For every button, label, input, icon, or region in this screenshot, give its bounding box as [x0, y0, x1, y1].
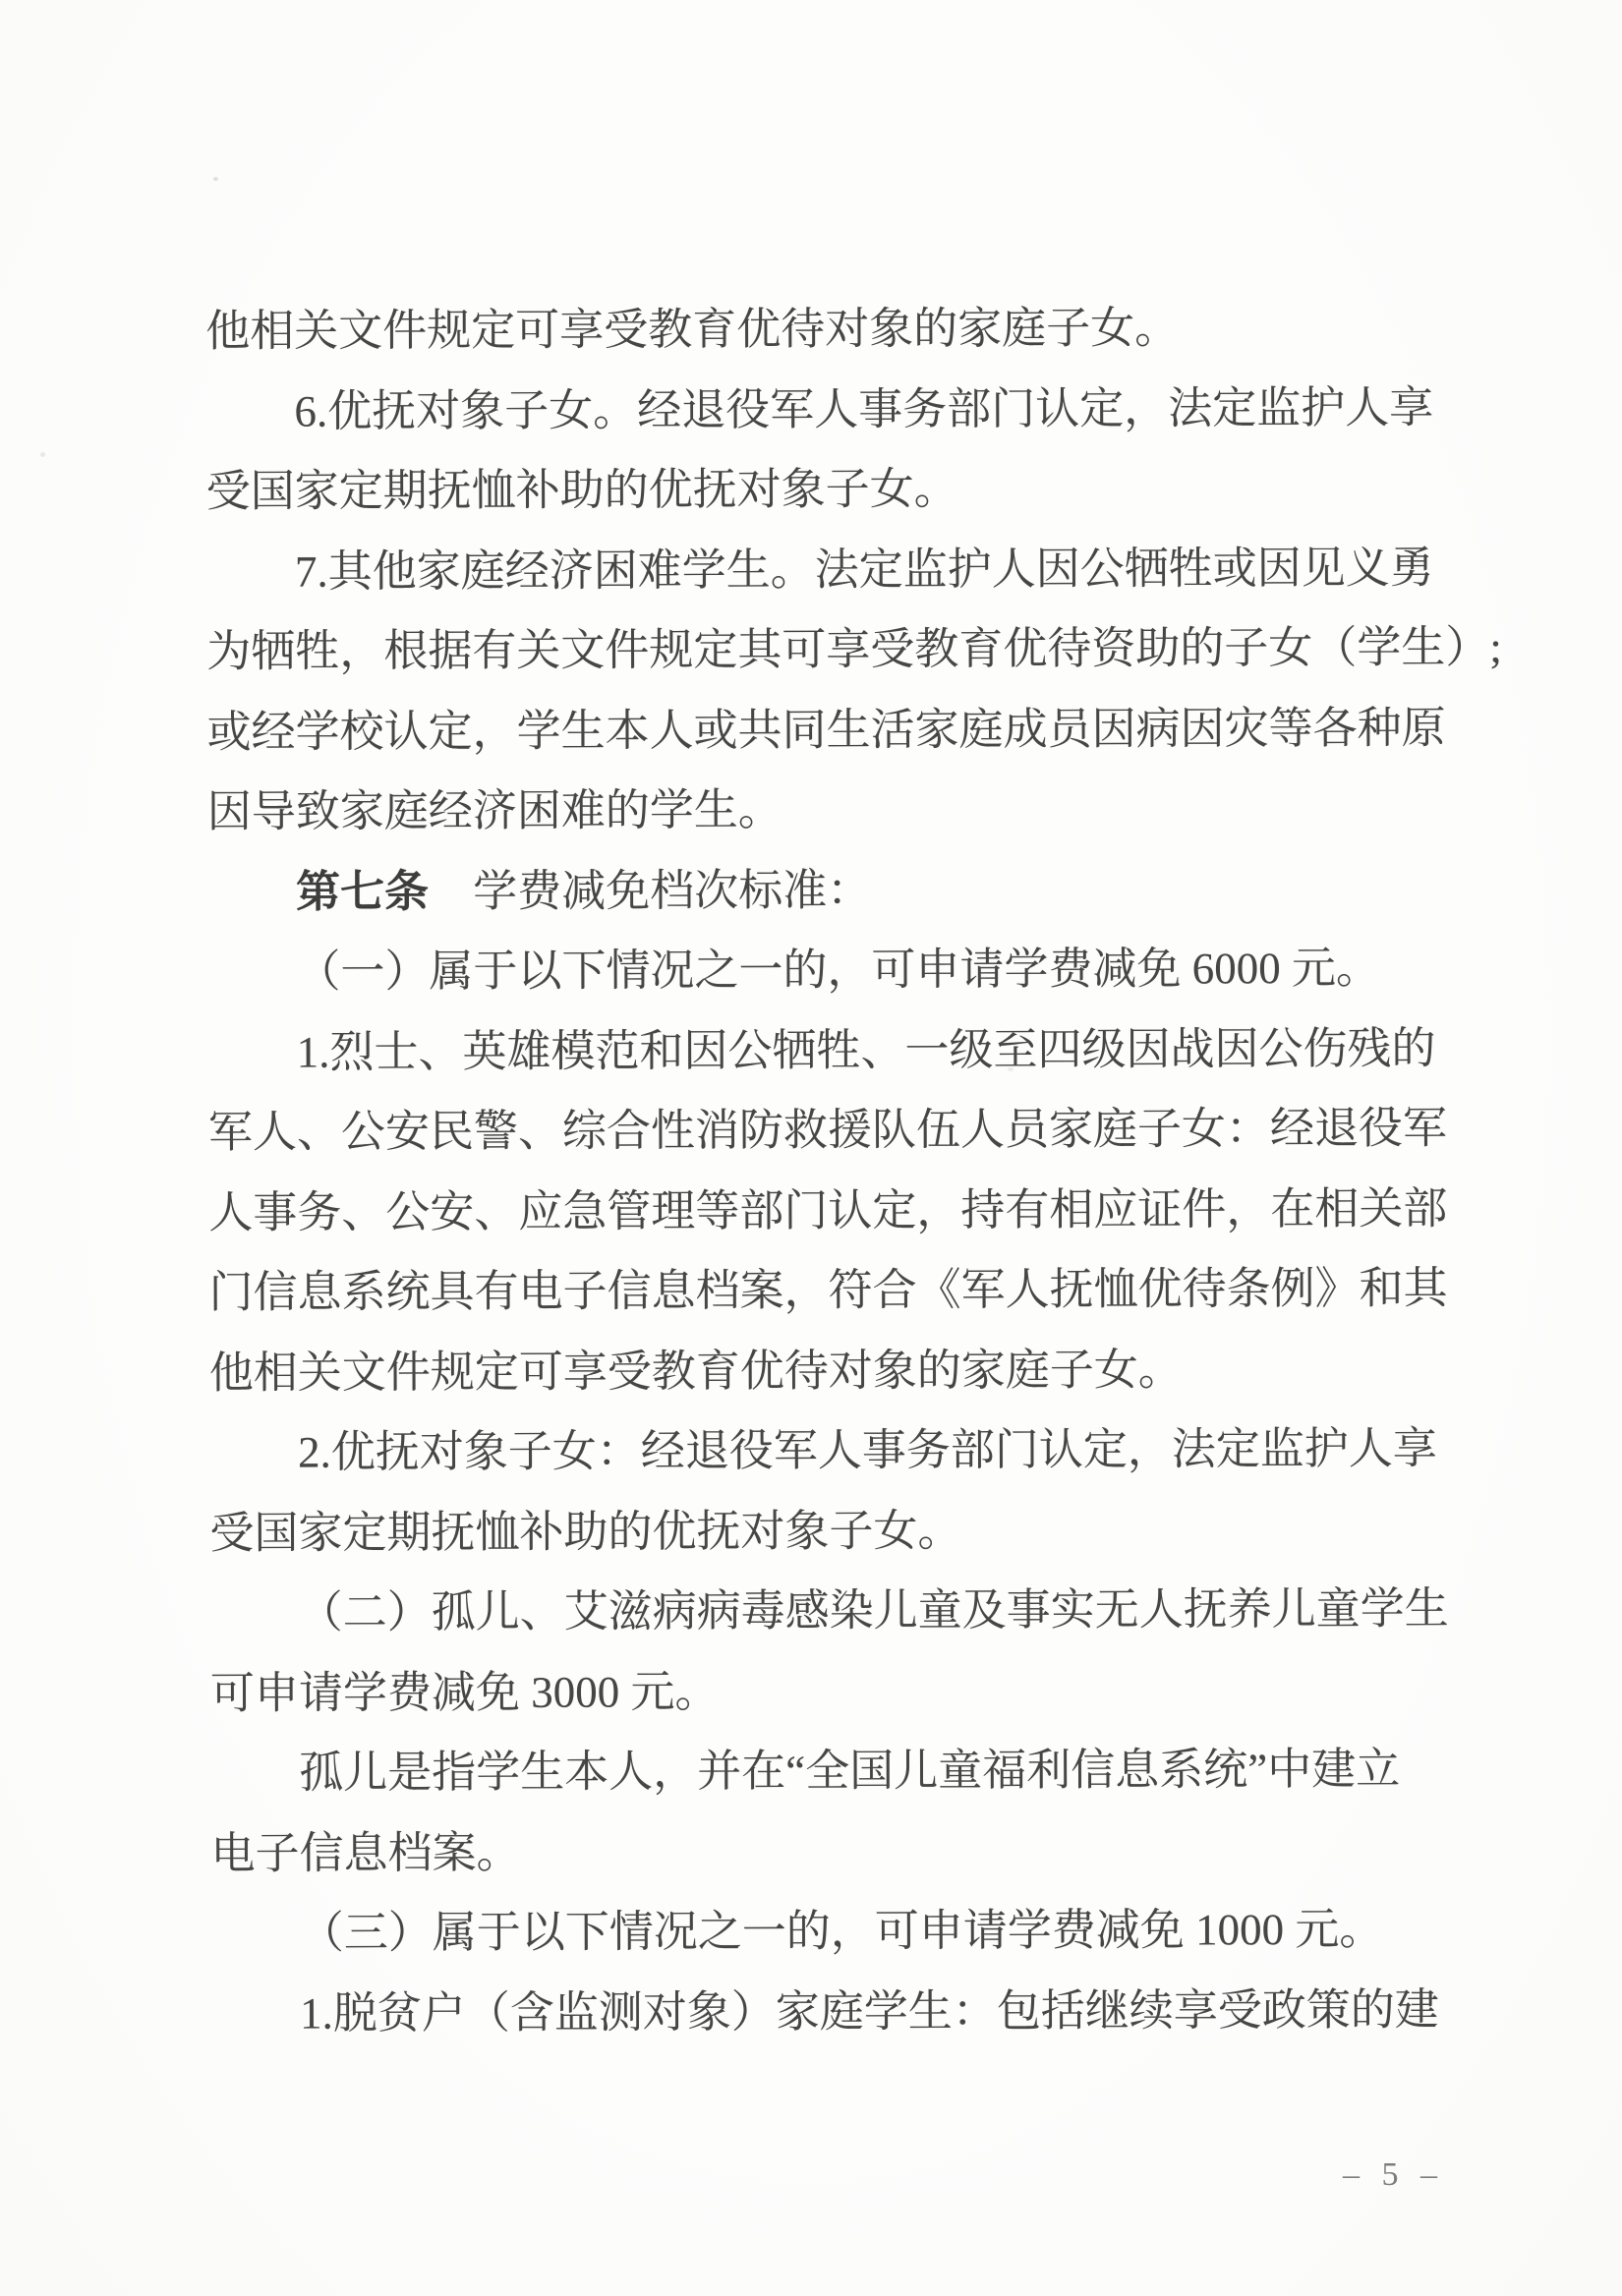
text-line: 因导致家庭经济困难的学生。 [207, 768, 1525, 852]
text-line: （一）属于以下情况之一的，可申请学费减免 6000 元。 [207, 928, 1525, 1012]
text-line: 孤儿是指学生本人，并在“全国儿童福利信息系统”中建立 [210, 1729, 1528, 1813]
page-number: – 5 – [1343, 2154, 1444, 2196]
text-line: 可申请学费减免 3000 元。 [210, 1649, 1528, 1734]
text-line: 军人、公安民警、综合性消防救援队伍人员家庭子女：经退役军 [208, 1088, 1526, 1173]
text-line: 人事务、公安、应急管理等部门认定，持有相应证件，在相关部 [208, 1169, 1526, 1253]
text-line: 受国家定期抚恤补助的优抚对象子女。 [206, 447, 1524, 532]
text-line: 门信息系统具有电子信息档案，符合《军人抚恤优待条例》和其 [208, 1248, 1526, 1333]
text-line: （三）属于以下情况之一的，可申请学费减免 1000 元。 [211, 1889, 1529, 1974]
document-body: 他相关文件规定可享受教育优待对象的家庭子女。 6.优抚对象子女。经退役军人事务部… [205, 287, 1529, 2054]
text-line: 1.烈士、英雄模范和因公牺牲、一级至四级因战因公伤残的 [208, 1008, 1526, 1093]
text-line: 电子信息档案。 [210, 1809, 1528, 1894]
text-line: 或经学校认定，学生本人或共同生活家庭成员因病因灾等各种原 [206, 688, 1524, 773]
text-line: 2.优抚对象子女：经退役军人事务部门认定，法定监护人享 [209, 1408, 1527, 1493]
text-line: 6.优抚对象子女。经退役军人事务部门认定，法定监护人享 [205, 368, 1523, 452]
text-line: 为牺牲，根据有关文件规定其可享受教育优待资助的子女（学生）; [206, 607, 1524, 692]
article-title-text: 学费减免档次标准： [429, 865, 871, 916]
text-line: 1.脱贫户（含监测对象）家庭学生：包括继续享受政策的建 [211, 1970, 1529, 2054]
text-line: 受国家定期抚恤补助的优抚对象子女。 [209, 1489, 1527, 1574]
article-number-heading: 第七条 [296, 867, 429, 916]
scan-speck [213, 177, 218, 181]
text-line: 他相关文件规定可享受教育优待对象的家庭子女。 [205, 287, 1523, 372]
text-line: （二）孤儿、艾滋病病毒感染儿童及事实无人抚养儿童学生 [210, 1569, 1528, 1653]
text-line: 7.其他家庭经济困难学生。法定监护人因公牺牲或因见义勇 [206, 528, 1524, 612]
text-line: 他相关文件规定可享受教育优待对象的家庭子女。 [209, 1329, 1527, 1413]
text-line: 第七条 学费减免档次标准： [207, 848, 1525, 933]
scan-speck [40, 452, 45, 457]
